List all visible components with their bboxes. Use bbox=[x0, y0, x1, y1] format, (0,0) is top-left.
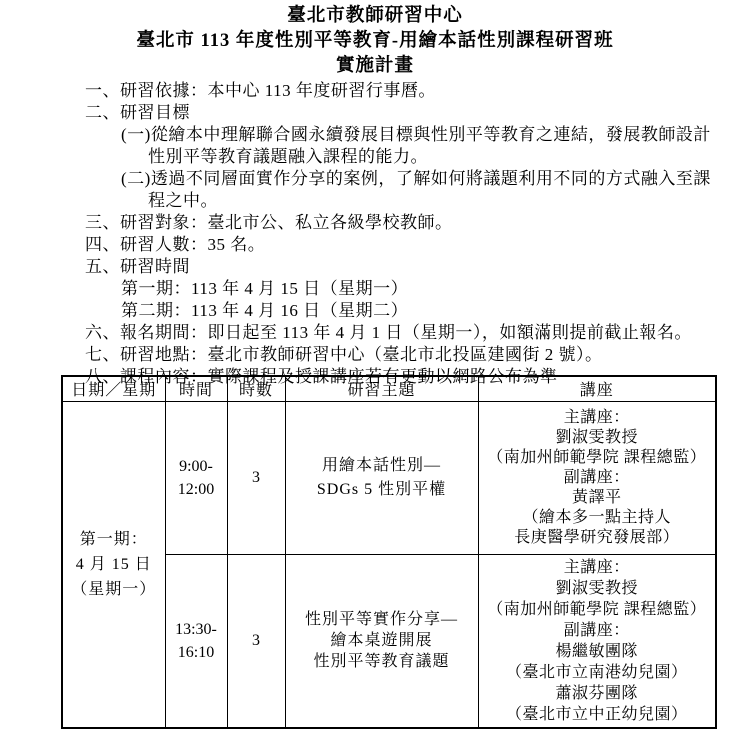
body-text: 一、研習依據：本中心 113 年度研習行事曆。 二、研習目標 (一)從繪本中理解… bbox=[57, 80, 737, 388]
topic-line: 性別平等教育議題 bbox=[286, 651, 478, 672]
date-period: 第一期： bbox=[63, 527, 165, 552]
topic-line: 性別平等實作分享— bbox=[286, 609, 478, 630]
lecturer-line: 副講座： bbox=[479, 468, 716, 488]
time-start: 13:30- bbox=[166, 618, 227, 641]
hours-cell-session-2: 3 bbox=[227, 554, 285, 728]
col-header-topic: 研習主題 bbox=[285, 376, 478, 401]
lecturer-line: 主講座： bbox=[479, 557, 716, 578]
date-value: 4 月 15 日 bbox=[63, 552, 165, 577]
time-start: 9:00- bbox=[166, 455, 227, 478]
time-end: 12:00 bbox=[166, 478, 227, 501]
lecturer-line: 副講座： bbox=[479, 620, 716, 641]
lecturer-line: 長庚醫學研究發展部） bbox=[479, 528, 716, 548]
lecturer-cell-session-2: 主講座： 劉淑雯教授 （南加州師範學院 課程總監） 副講座： 楊繼敏團隊 （臺北… bbox=[478, 554, 716, 728]
plan-title: 實施計畫 bbox=[0, 54, 750, 79]
lecturer-line: 黃譯平 bbox=[479, 488, 716, 508]
body-line-goal-1-cont: 性別平等教育議題融入課程的能力。 bbox=[148, 146, 737, 168]
lecturer-line: 主講座： bbox=[479, 408, 716, 428]
title-block: 臺北市教師研習中心 臺北市 113 年度性別平等教育-用繪本話性別課程研習班 實… bbox=[0, 4, 750, 79]
body-line-basis: 一、研習依據：本中心 113 年度研習行事曆。 bbox=[85, 80, 737, 102]
document-page: 臺北市教師研習中心 臺北市 113 年度性別平等教育-用繪本話性別課程研習班 實… bbox=[0, 0, 750, 737]
table-row-session-1: 第一期： 4 月 15 日 （星期一） 9:00- 12:00 3 用繪本話性別… bbox=[62, 401, 716, 554]
col-header-time: 時間 bbox=[165, 376, 227, 401]
body-line-goal-2-cont: 程之中。 bbox=[148, 190, 737, 212]
lecturer-cell-session-1: 主講座： 劉淑雯教授 （南加州師範學院 課程總監） 副講座： 黃譯平 （繪本多一… bbox=[478, 401, 716, 554]
date-weekday: （星期一） bbox=[63, 577, 165, 602]
table-header-row: 日期／星期 時間 時數 研習主題 講座 bbox=[62, 376, 716, 401]
topic-cell-session-2: 性別平等實作分享— 繪本桌遊開展 性別平等教育議題 bbox=[285, 554, 478, 728]
lecturer-line: （臺北市立南港幼兒園） bbox=[479, 662, 716, 683]
topic-line: SDGs 5 性別平權 bbox=[286, 478, 478, 502]
body-line-goal-1: (一)從繪本中理解聯合國永續發展目標與性別平等教育之連結，發展教師設計 bbox=[121, 124, 737, 146]
lecturer-line: 劉淑雯教授 bbox=[479, 578, 716, 599]
body-line-location: 七、研習地點：臺北市教師研習中心（臺北市北投區建國街 2 號）。 bbox=[85, 344, 737, 366]
time-end: 16:10 bbox=[166, 641, 227, 664]
col-header-hours: 時數 bbox=[227, 376, 285, 401]
time-cell-session-2: 13:30- 16:10 bbox=[165, 554, 227, 728]
date-cell: 第一期： 4 月 15 日 （星期一） bbox=[62, 401, 165, 728]
body-line-audience: 三、研習對象：臺北市公、私立各級學校教師。 bbox=[85, 212, 737, 234]
lecturer-line: （臺北市立中正幼兒園） bbox=[479, 704, 716, 725]
time-cell-session-1: 9:00- 12:00 bbox=[165, 401, 227, 554]
col-header-lecturer: 講座 bbox=[478, 376, 716, 401]
lecturer-line: 劉淑雯教授 bbox=[479, 428, 716, 448]
body-line-goal-2: (二)透過不同層面實作分享的案例，了解如何將議題利用不同的方式融入至課 bbox=[121, 168, 737, 190]
lecturer-line: （南加州師範學院 課程總監） bbox=[479, 599, 716, 620]
lecturer-line: 蕭淑芬團隊 bbox=[479, 683, 716, 704]
hours-cell-session-1: 3 bbox=[227, 401, 285, 554]
body-line-goals: 二、研習目標 bbox=[85, 102, 737, 124]
lecturer-line: 楊繼敏團隊 bbox=[479, 641, 716, 662]
lecturer-line: （南加州師範學院 課程總監） bbox=[479, 448, 716, 468]
body-line-registration: 六、報名期間：即日起至 113 年 4 月 1 日（星期一），如額滿則提前截止報… bbox=[85, 322, 737, 344]
schedule-table: 日期／星期 時間 時數 研習主題 講座 第一期： 4 月 15 日 （星期一） … bbox=[61, 375, 717, 729]
col-header-date: 日期／星期 bbox=[62, 376, 165, 401]
body-line-schedule: 五、研習時間 bbox=[85, 256, 737, 278]
body-line-headcount: 四、研習人數：35 名。 bbox=[85, 234, 737, 256]
course-title: 臺北市 113 年度性別平等教育-用繪本話性別課程研習班 bbox=[0, 29, 750, 54]
body-line-session-2-date: 第二期：113 年 4 月 16 日（星期二） bbox=[121, 300, 737, 322]
topic-line: 用繪本話性別— bbox=[286, 454, 478, 478]
topic-cell-session-1: 用繪本話性別— SDGs 5 性別平權 bbox=[285, 401, 478, 554]
body-line-session-1-date: 第一期：113 年 4 月 15 日（星期一） bbox=[121, 278, 737, 300]
org-title: 臺北市教師研習中心 bbox=[0, 4, 750, 29]
lecturer-line: （繪本多一點主持人 bbox=[479, 508, 716, 528]
topic-line: 繪本桌遊開展 bbox=[286, 630, 478, 651]
